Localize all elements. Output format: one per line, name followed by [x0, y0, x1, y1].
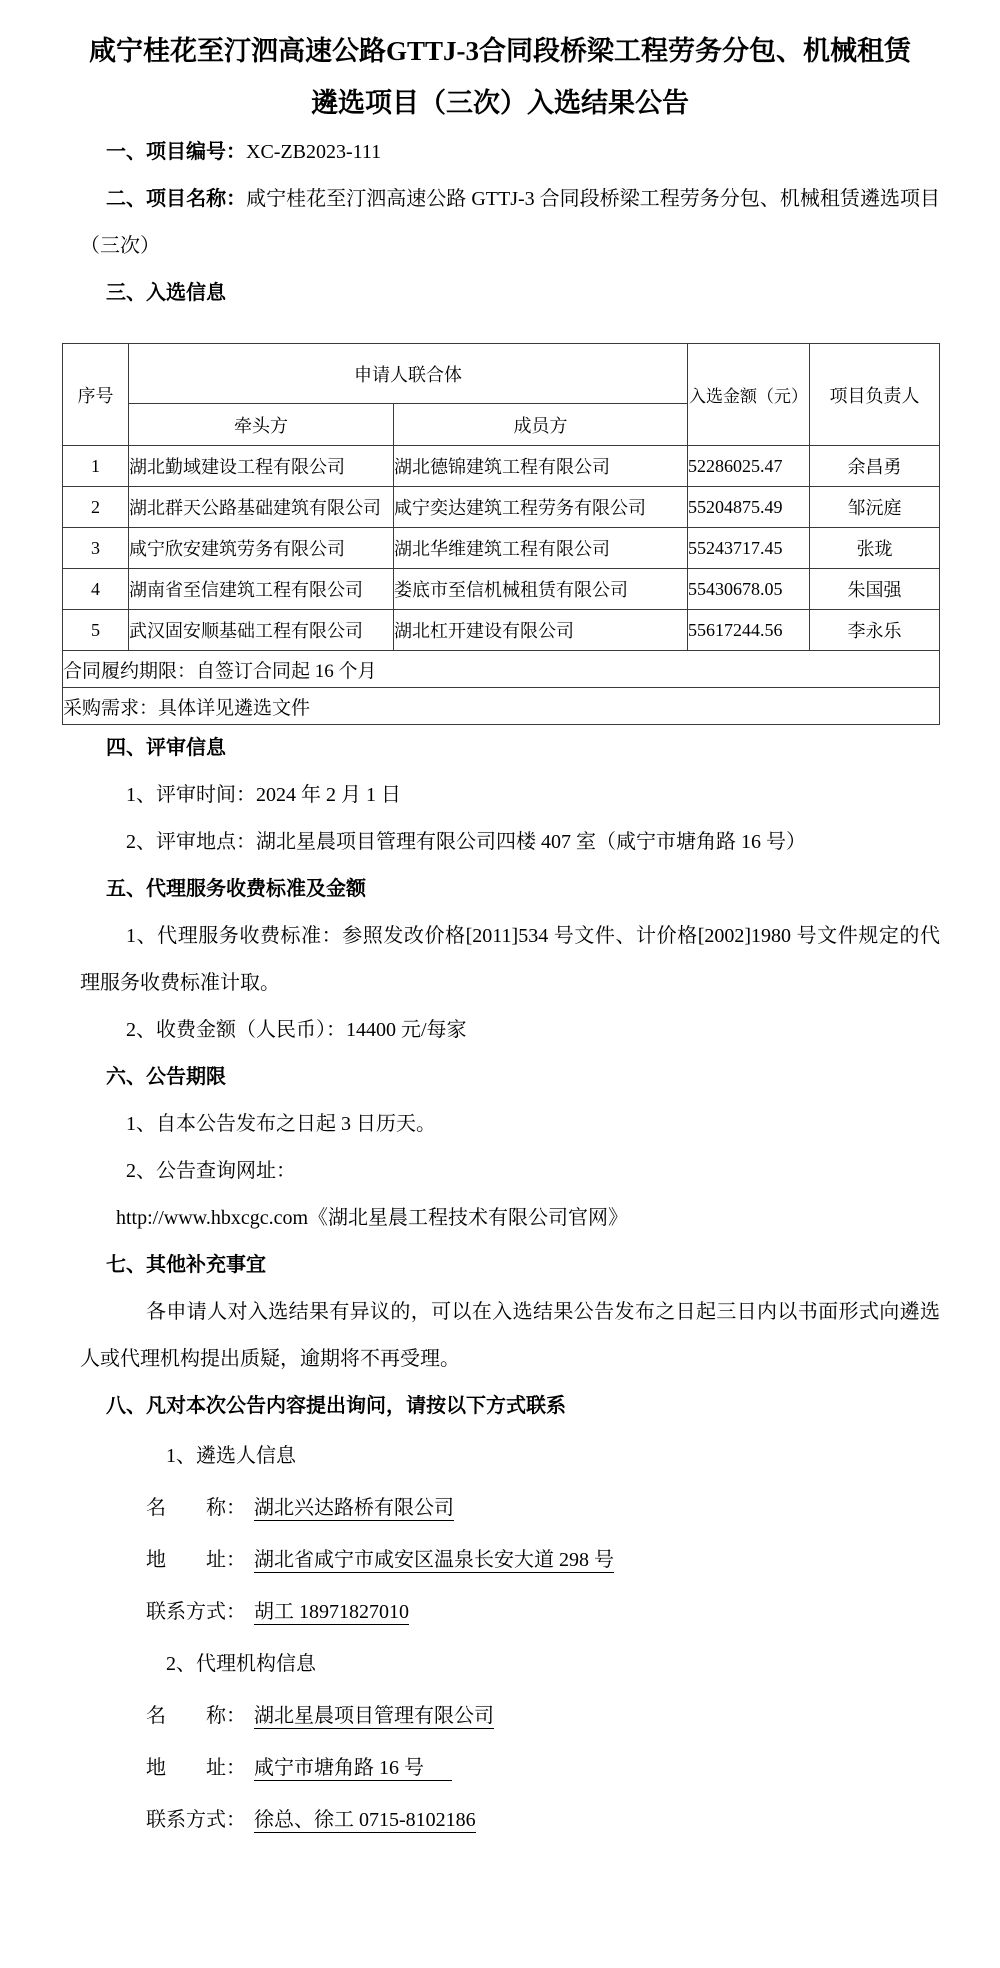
header-applicant-consortium: 申请人联合体: [129, 344, 688, 404]
table-header-row-1: 序号 申请人联合体 入选金额（元） 项目负责人: [63, 344, 940, 404]
agency-address-value: 咸宁市塘角路 16 号: [254, 1757, 452, 1781]
cell-manager: 余昌勇: [810, 446, 940, 487]
announce-duration: 1、自本公告发布之日起 3 日历天。: [80, 1101, 940, 1148]
cell-amount: 55430678.05: [688, 569, 810, 610]
project-name-label: 二、项目名称：: [106, 188, 246, 210]
cell-manager: 朱国强: [810, 569, 940, 610]
selector-name-line: 名 称：湖北兴达路桥有限公司: [80, 1482, 940, 1534]
section-2-project-name: 二、项目名称：咸宁桂花至汀泗高速公路 GTTJ-3 合同段桥梁工程劳务分包、机械…: [80, 176, 940, 270]
agency-name-line: 名 称：湖北星晨项目管理有限公司: [80, 1690, 940, 1742]
table-row: 1 湖北勤域建设工程有限公司 湖北德锦建筑工程有限公司 52286025.47 …: [63, 446, 940, 487]
cell-member-company: 湖北华维建筑工程有限公司: [394, 528, 688, 569]
agency-address-line: 地 址：咸宁市塘角路 16 号: [80, 1742, 940, 1794]
agency-address-label: 地 址：: [146, 1742, 254, 1794]
section-7-heading: 七、其他补充事宜: [80, 1242, 940, 1289]
document-body-lower: 四、评审信息 1、评审时间：2024 年 2 月 1 日 2、评审地点：湖北星晨…: [80, 725, 940, 1846]
selector-contact-line: 联系方式：胡工 18971827010: [80, 1586, 940, 1638]
document-title: 咸宁桂花至汀泗高速公路GTTJ-3合同段桥梁工程劳务分包、机械租赁 遴选项目（三…: [60, 25, 940, 129]
section-5-heading: 五、代理服务收费标准及金额: [80, 866, 940, 913]
selector-address-value: 湖北省咸宁市咸安区温泉长安大道 298 号: [254, 1549, 614, 1573]
announce-query-url: http://www.hbxcgc.com《湖北星晨工程技术有限公司官网》: [80, 1195, 940, 1242]
table-row: 4 湖南省至信建筑工程有限公司 娄底市至信机械租赁有限公司 55430678.0…: [63, 569, 940, 610]
agency-name-value: 湖北星晨项目管理有限公司: [254, 1705, 494, 1729]
cell-lead-company: 湖北勤域建设工程有限公司: [129, 446, 394, 487]
selector-contact-value: 胡工 18971827010: [254, 1601, 409, 1625]
table-footer-contract-term: 合同履约期限：自签订合同起 16 个月: [63, 651, 940, 688]
selector-name-value: 湖北兴达路桥有限公司: [254, 1497, 454, 1521]
agency-fee-amount: 2、收费金额（人民币）：14400 元/每家: [80, 1007, 940, 1054]
selector-address-label: 地 址：: [146, 1534, 254, 1586]
cell-member-company: 娄底市至信机械租赁有限公司: [394, 569, 688, 610]
table-footer-procurement-demand: 采购需求：具体详见遴选文件: [63, 688, 940, 725]
section-3-heading: 三、入选信息: [80, 270, 940, 317]
cell-serial: 3: [63, 528, 129, 569]
section-4-heading: 四、评审信息: [80, 725, 940, 772]
section-6-heading: 六、公告期限: [80, 1054, 940, 1101]
cell-lead-company: 咸宁欣安建筑劳务有限公司: [129, 528, 394, 569]
cell-amount: 52286025.47: [688, 446, 810, 487]
header-serial: 序号: [63, 344, 129, 446]
cell-member-company: 湖北德锦建筑工程有限公司: [394, 446, 688, 487]
cell-manager: 张珑: [810, 528, 940, 569]
announce-query-label: 2、公告查询网址：: [80, 1148, 940, 1195]
selector-address-line: 地 址：湖北省咸宁市咸安区温泉长安大道 298 号: [80, 1534, 940, 1586]
review-place: 2、评审地点：湖北星晨项目管理有限公司四楼 407 室（咸宁市塘角路 16 号）: [80, 819, 940, 866]
cell-manager: 邹沅庭: [810, 487, 940, 528]
agency-contact-line: 联系方式：徐总、徐工 0715-8102186: [80, 1794, 940, 1846]
cell-serial: 1: [63, 446, 129, 487]
contact-block: 1、遴选人信息 名 称：湖北兴达路桥有限公司 地 址：湖北省咸宁市咸安区温泉长安…: [80, 1430, 940, 1846]
cell-lead-company: 湖北群天公路基础建筑有限公司: [129, 487, 394, 528]
selector-contact-label: 联系方式：: [146, 1586, 254, 1638]
table-row: 5 武汉固安顺基础工程有限公司 湖北杠开建设有限公司 55617244.56 李…: [63, 610, 940, 651]
agency-contact-label: 联系方式：: [146, 1794, 254, 1846]
cell-lead-company: 武汉固安顺基础工程有限公司: [129, 610, 394, 651]
header-member-party: 成员方: [394, 404, 688, 446]
title-line-1: 咸宁桂花至汀泗高速公路GTTJ-3合同段桥梁工程劳务分包、机械租赁: [89, 36, 911, 66]
announcement-document: 咸宁桂花至汀泗高速公路GTTJ-3合同段桥梁工程劳务分包、机械租赁 遴选项目（三…: [0, 0, 1000, 1968]
header-project-manager: 项目负责人: [810, 344, 940, 446]
cell-serial: 2: [63, 487, 129, 528]
cell-amount: 55243717.45: [688, 528, 810, 569]
selector-name-label: 名 称：: [146, 1482, 254, 1534]
cell-serial: 5: [63, 610, 129, 651]
section-1-project-number: 一、项目编号：XC-ZB2023-111: [80, 129, 940, 176]
project-number-value: XC-ZB2023-111: [246, 141, 381, 163]
agency-fee-standard: 1、代理服务收费标准：参照发改价格[2011]534 号文件、计价格[2002]…: [80, 913, 940, 1007]
project-number-label: 一、项目编号：: [106, 141, 246, 163]
agency-info-heading: 2、代理机构信息: [80, 1638, 940, 1690]
agency-name-label: 名 称：: [146, 1690, 254, 1742]
selector-info-heading: 1、遴选人信息: [80, 1430, 940, 1482]
cell-amount: 55204875.49: [688, 487, 810, 528]
section-8-heading: 八、凡对本次公告内容提出询问，请按以下方式联系: [80, 1383, 940, 1430]
cell-member-company: 湖北杠开建设有限公司: [394, 610, 688, 651]
cell-serial: 4: [63, 569, 129, 610]
review-time: 1、评审时间：2024 年 2 月 1 日: [80, 772, 940, 819]
table-row: 2 湖北群天公路基础建筑有限公司 咸宁奕达建筑工程劳务有限公司 55204875…: [63, 487, 940, 528]
header-selected-amount: 入选金额（元）: [688, 344, 810, 446]
cell-member-company: 咸宁奕达建筑工程劳务有限公司: [394, 487, 688, 528]
cell-amount: 55617244.56: [688, 610, 810, 651]
header-lead-party: 牵头方: [129, 404, 394, 446]
cell-manager: 李永乐: [810, 610, 940, 651]
selection-result-table: 序号 申请人联合体 入选金额（元） 项目负责人 牵头方 成员方 1 湖北勤域建设…: [62, 343, 940, 725]
agency-contact-value: 徐总、徐工 0715-8102186: [254, 1809, 476, 1833]
cell-lead-company: 湖南省至信建筑工程有限公司: [129, 569, 394, 610]
table-row: 3 咸宁欣安建筑劳务有限公司 湖北华维建筑工程有限公司 55243717.45 …: [63, 528, 940, 569]
title-line-2: 遴选项目（三次）入选结果公告: [311, 88, 689, 118]
document-body: 一、项目编号：XC-ZB2023-111 二、项目名称：咸宁桂花至汀泗高速公路 …: [80, 129, 940, 317]
objection-paragraph: 各申请人对入选结果有异议的，可以在入选结果公告发布之日起三日内以书面形式向遴选人…: [80, 1289, 940, 1383]
